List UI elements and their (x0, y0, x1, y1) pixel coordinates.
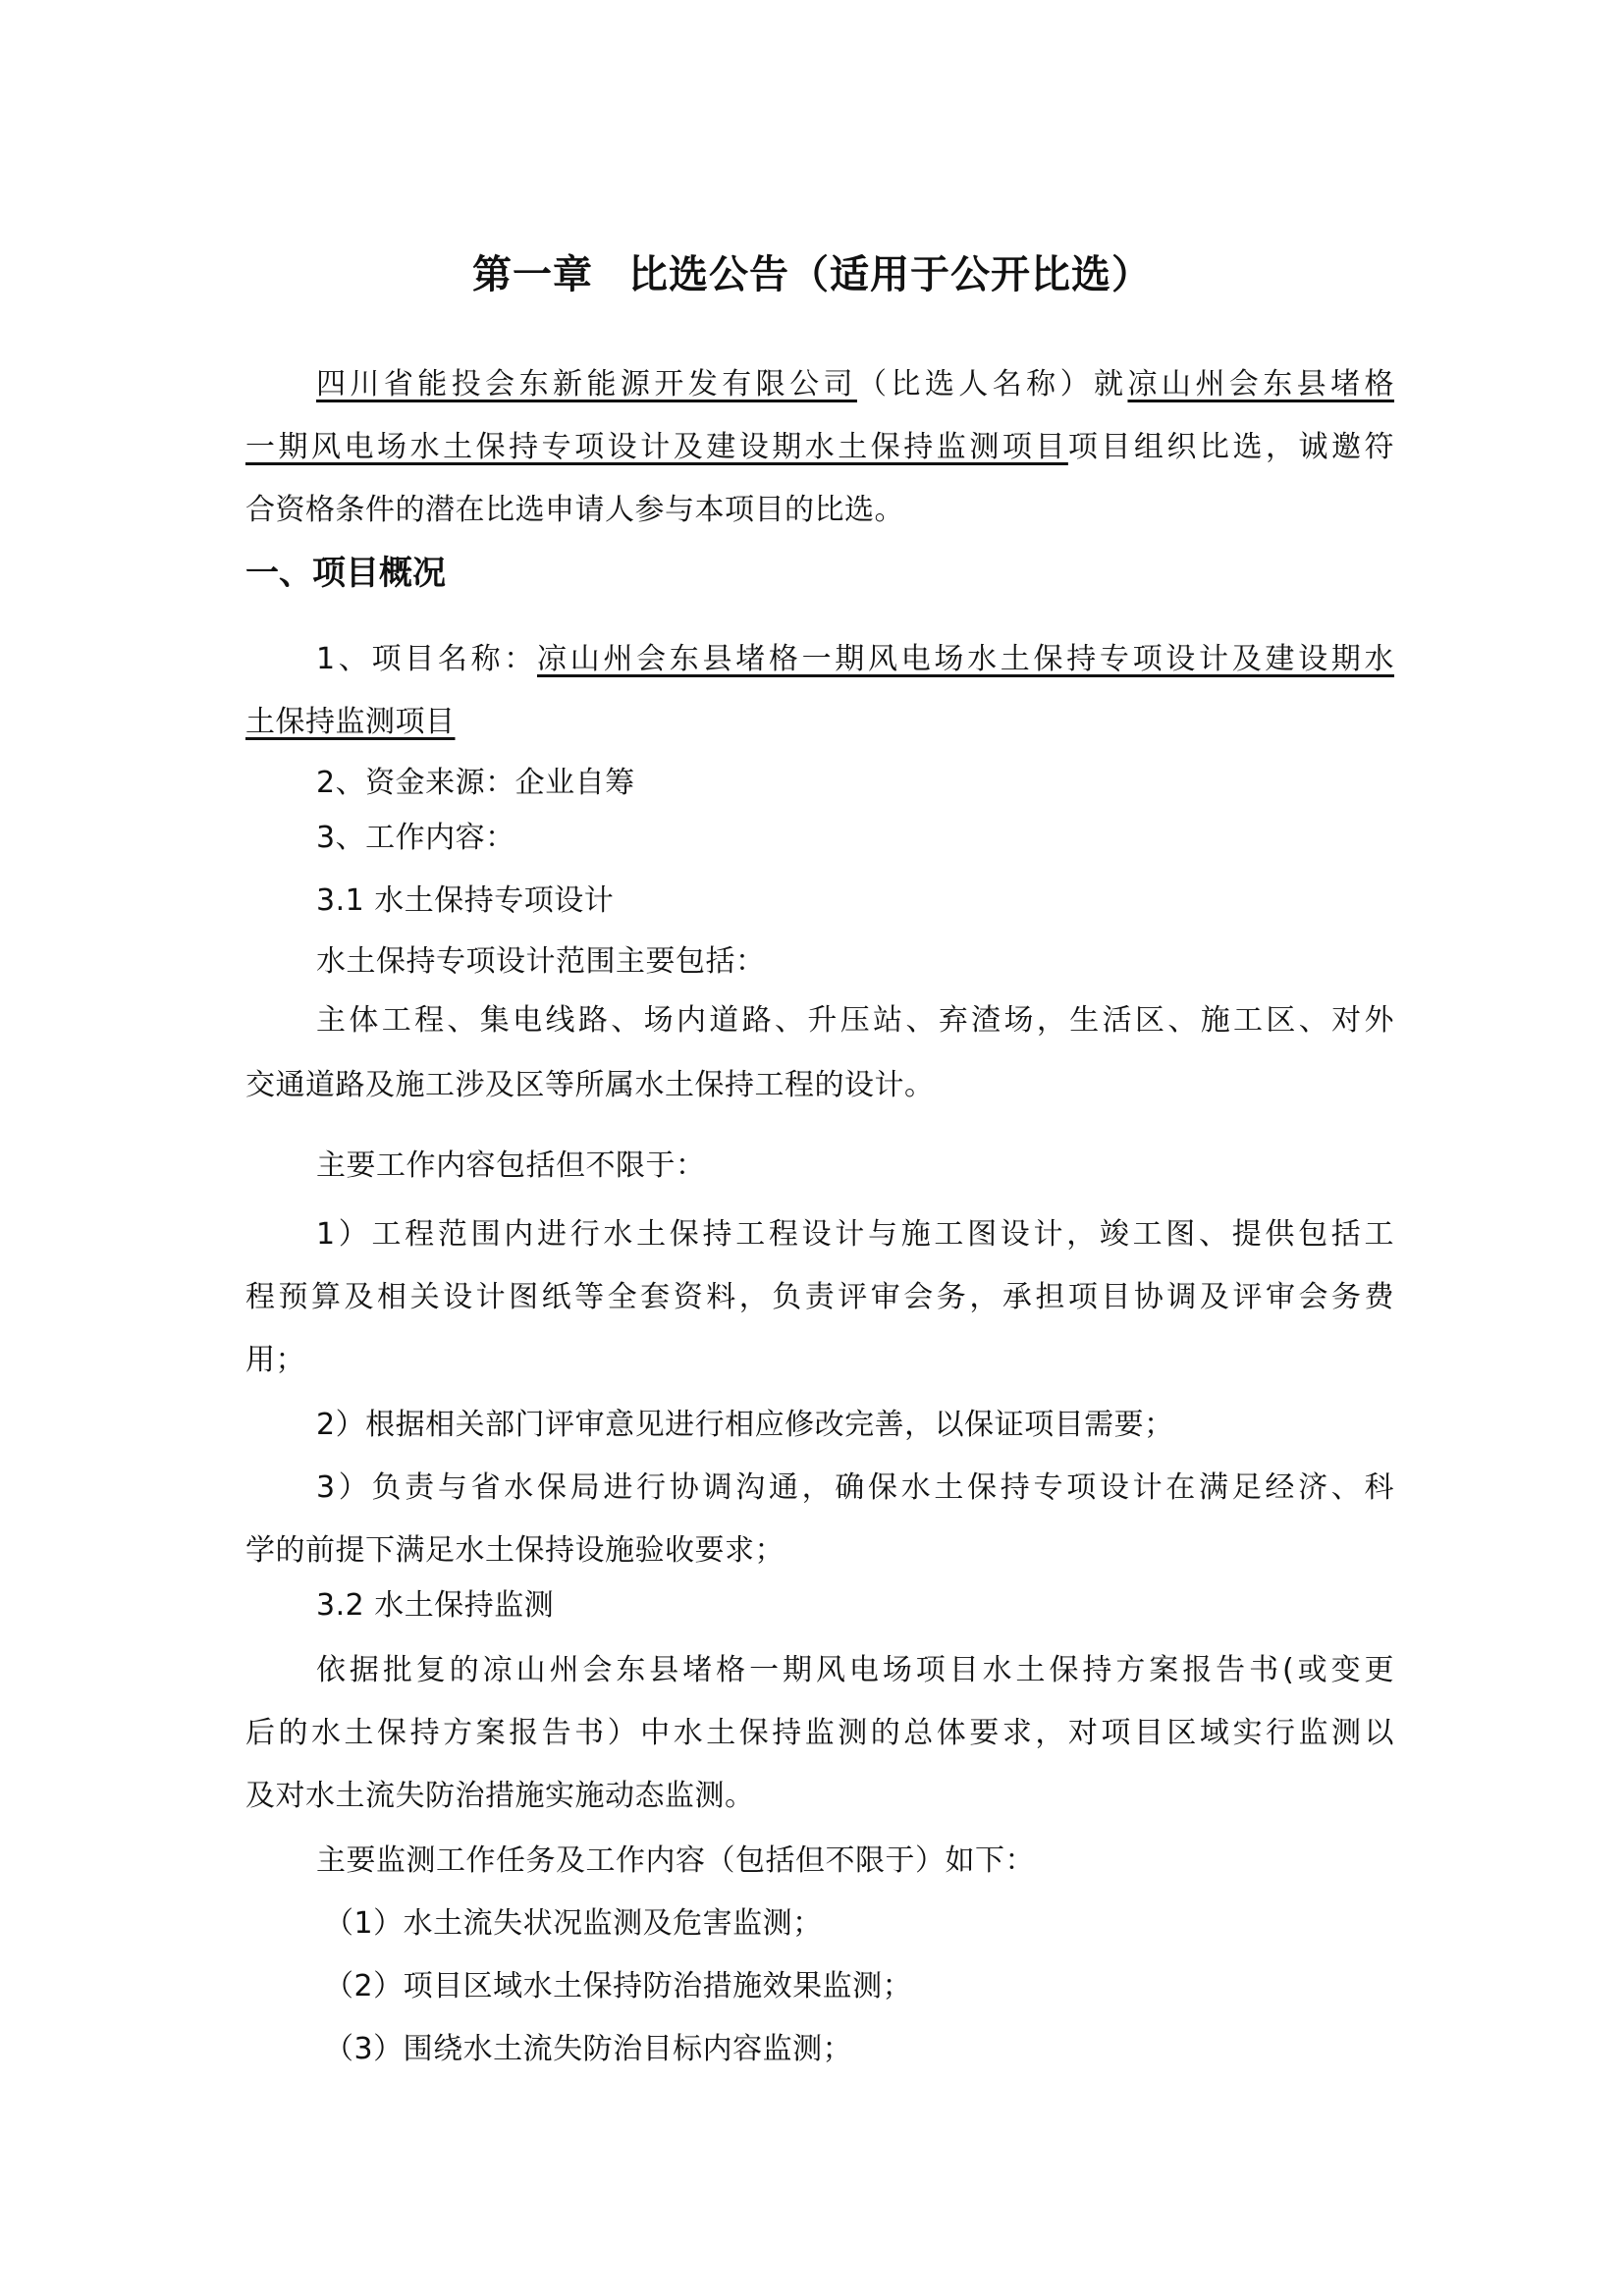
design-work-label: 主要工作内容包括但不限于： (316, 1147, 1465, 1186)
document-page: 第一章比选公告（适用于公开比选） 四川省能投会东新能源开发有限公司（比选人名称）… (0, 0, 1624, 2296)
intro-line-1: 四川省能投会东新能源开发有限公司（比选人名称）就凉山州会东县堵格 (316, 365, 1394, 404)
monitoring-tasks-label: 主要监测工作任务及工作内容（包括但不限于）如下： (316, 1842, 1465, 1881)
design-scope-line-1: 主体工程、集电线路、场内道路、升压站、弃渣场，生活区、施工区、对外 (316, 1001, 1394, 1041)
design-scope-line-2: 交通道路及施工涉及区等所属水土保持工程的设计。 (245, 1066, 1394, 1105)
design-scope-label: 水土保持专项设计范围主要包括： (316, 942, 1465, 982)
design-work-item-1-line-3: 用； (245, 1341, 1394, 1380)
monitoring-task-3: （3）围绕水土流失防治目标内容监测； (324, 2030, 1473, 2069)
bidder-company: 四川省能投会东新能源开发有限公司 (316, 367, 857, 401)
subsection-3-1-heading: 3.1 水土保持专项设计 (316, 881, 1465, 921)
intro-line-3: 合资格条件的潜在比选申请人参与本项目的比选。 (245, 491, 1394, 530)
design-work-item-3-line-1: 3）负责与省水保局进行协调沟通，确保水土保持专项设计在满足经济、科 (316, 1468, 1394, 1508)
work-content-label: 3、工作内容： (316, 819, 1465, 858)
section-heading-overview: 一、项目概况 (245, 552, 446, 595)
design-work-item-1-line-1: 1）工程范围内进行水土保持工程设计与施工图设计，竣工图、提供包括工 (316, 1215, 1394, 1255)
monitoring-basis-line-1: 依据批复的凉山州会东县堵格一期风电场项目水土保持方案报告书(或变更 (316, 1651, 1394, 1690)
bidder-note: （比选人名称）就 (857, 367, 1127, 401)
chapter-title: 第一章比选公告（适用于公开比选） (0, 250, 1624, 299)
project-name-part1: 凉山州会东县堵格 (1127, 367, 1394, 401)
project-name-part2: 一期风电场水土保持专项设计及建设期水土保持监测项目 (245, 430, 1068, 464)
monitoring-basis-line-3: 及对水土流失防治措施实施动态监测。 (245, 1777, 1394, 1816)
design-work-item-3-line-2: 学的前提下满足水土保持设施验收要求； (245, 1531, 1394, 1571)
design-work-item-1-line-2: 程预算及相关设计图纸等全套资料，负责评审会务，承担项目协调及评审会务费 (245, 1278, 1394, 1317)
monitoring-task-1: （1）水土流失状况监测及危害监测； (324, 1904, 1473, 1944)
monitoring-task-2: （2）项目区域水土保持防治措施效果监测； (324, 1967, 1473, 2006)
design-work-item-2: 2）根据相关部门评审意见进行相应修改完善，以保证项目需要； (316, 1406, 1465, 1445)
subsection-3-2-heading: 3.2 水土保持监测 (316, 1586, 1465, 1626)
monitoring-basis-line-2: 后的水土保持方案报告书）中水土保持监测的总体要求，对项目区域实行监测以 (245, 1714, 1394, 1753)
intro-line-2: 一期风电场水土保持专项设计及建设期水土保持监测项目项目组织比选，诚邀符 (245, 428, 1394, 467)
project-name-label: 1、项目名称： (316, 642, 537, 676)
project-name-value: 凉山州会东县堵格一期风电场水土保持专项设计及建设期水 (537, 642, 1394, 676)
chapter-number: 第一章 (472, 252, 593, 297)
fund-source: 2、资金来源：企业自筹 (316, 764, 1465, 803)
project-name-line-1: 1、项目名称：凉山州会东县堵格一期风电场水土保持专项设计及建设期水 (316, 640, 1394, 679)
chapter-name: 比选公告（适用于公开比选） (628, 252, 1152, 297)
project-name-line-2: 土保持监测项目 (245, 703, 1394, 742)
